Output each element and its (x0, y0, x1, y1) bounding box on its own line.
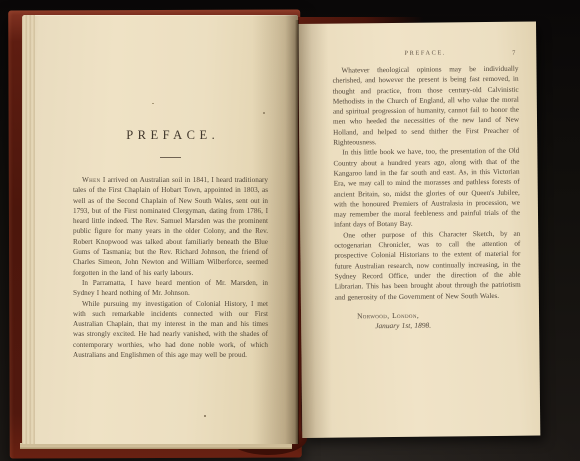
gutter-shadow (298, 24, 332, 438)
title-rule (160, 157, 181, 158)
right-page: PREFACE. 7 Whatever theological opinions… (298, 22, 540, 438)
paper-speck (152, 103, 154, 104)
left-page: PREFACE. When I arrived on Australian so… (22, 15, 298, 444)
page-number: 7 (512, 50, 515, 57)
signature-block: Norwood, London, January 1st, 1898. (335, 310, 521, 333)
paragraph: While pursuing my investigation of Colon… (73, 299, 268, 361)
signature-date: January 1st, 1898. (335, 320, 521, 332)
paper-speck (263, 112, 265, 114)
running-header: PREFACE. (332, 49, 518, 58)
book-photo: PREFACE. When I arrived on Australian so… (0, 0, 580, 461)
paragraph: One other purpose of this Character Sket… (334, 228, 521, 302)
paragraph: When I arrived on Australian soil in 184… (73, 175, 268, 278)
paper-speck (204, 415, 206, 417)
gutter-crease (295, 20, 299, 444)
paragraph: In Parramatta, I have heard mention of M… (73, 278, 268, 299)
paragraph: Whatever theological opinions may be ind… (332, 64, 519, 148)
right-text-block: Whatever theological opinions may be ind… (332, 64, 521, 332)
page-fore-edge (22, 15, 35, 444)
preface-title: PREFACE. (73, 128, 268, 143)
paragraph: In this little book we have, too, the pr… (333, 146, 520, 230)
gutter-shadow (252, 15, 298, 444)
left-text-block: When I arrived on Australian soil in 184… (73, 175, 268, 360)
lead-word: When (82, 176, 101, 184)
